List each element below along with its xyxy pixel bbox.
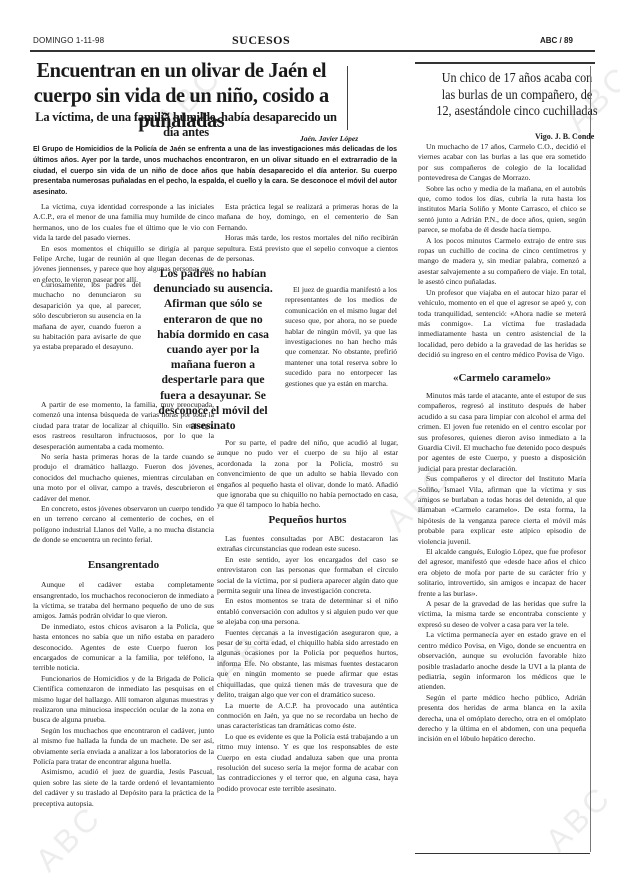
main-col2-top: Esta práctica legal se realizará a prime… — [217, 202, 398, 272]
paragraph: En estos momentos se trata de determinar… — [217, 596, 398, 627]
section-title: SUCESOS — [232, 33, 290, 48]
paragraph: Curiosamente, los padres del muchacho no… — [33, 280, 141, 353]
paragraph: Esta práctica legal se realizará a prime… — [217, 202, 398, 233]
paragraph: A pesar de la gravedad de las heridas qu… — [418, 599, 586, 630]
main-col2-narrow: El juez de guardia manifestó a los repre… — [285, 285, 397, 389]
paragraph: Según el parte médico hecho público, Adr… — [418, 693, 586, 745]
subhead-ensangrentado: Ensangrentado — [33, 560, 214, 570]
watermark: ABC — [538, 778, 619, 859]
side-headline: Un chico de 17 años acaba con las burlas… — [436, 70, 598, 120]
main-byline: Jaén. Javier López — [300, 134, 358, 143]
paragraph: El juez de guardia manifestó a los repre… — [285, 285, 397, 389]
main-col2-bottom: Las fuentes consultadas por ABC destacar… — [217, 534, 398, 794]
sidebar-bottom-rule — [415, 853, 590, 854]
pull-quote: Los padres no habían denunciado su ausen… — [152, 266, 274, 433]
side-byline: Vigo. J. B. Conde — [535, 132, 594, 141]
paragraph: La víctima, cuya identidad corresponde a… — [33, 202, 214, 244]
paragraph: Por su parte, el padre del niño, que acu… — [217, 438, 398, 511]
paragraph: El alcalde cangués, Eulogio López, que f… — [418, 547, 586, 599]
header-rule — [30, 50, 595, 52]
paragraph: Según los muchachos que encontraron el c… — [33, 726, 214, 768]
paragraph: En concreto, estos jóvenes observaron un… — [33, 504, 214, 546]
paragraph: Sus compañeros y el director del Institu… — [418, 474, 586, 547]
paragraph: De inmediato, estos chicos avisaron a la… — [33, 622, 214, 674]
main-col2-mid: Por su parte, el padre del niño, que acu… — [217, 438, 398, 513]
column-rule — [347, 66, 348, 130]
paragraph: La víctima permanecía ayer en estado gra… — [418, 630, 586, 692]
main-deck: La víctima, de una familia humilde, habí… — [30, 110, 342, 140]
subhead-pequenos-hurtos: Pequeños hurtos — [217, 514, 398, 526]
paragraph: Asimismo, acudió el juez de guardia, Jes… — [33, 767, 214, 809]
page-number: ABC / 89 — [540, 36, 573, 45]
paragraph: Un profesor que viajaba en el autocar hi… — [418, 288, 586, 361]
side-subhead: «Carmelo caramelo» — [418, 373, 586, 383]
paragraph: Funcionarios de Homicidios y de la Briga… — [33, 674, 214, 726]
paragraph: A los pocos minutos Carmelo extrajo de e… — [418, 236, 586, 288]
paragraph: Fuentes cercanas a la investigación aseg… — [217, 628, 398, 701]
main-lead: El Grupo de Homicidios de la Policía de … — [33, 145, 397, 199]
paragraph: Las fuentes consultadas por ABC destacar… — [217, 534, 398, 555]
paragraph: Sobre las ocho y media de la mañana, en … — [418, 184, 586, 236]
watermark: ABC — [28, 798, 109, 877]
page-date: DOMINGO 1-11-98 — [33, 36, 104, 45]
paragraph: Lo que es evidente es que la Policía est… — [217, 732, 398, 794]
paragraph: Un muchacho de 17 años, Carmelo C.O., de… — [418, 142, 586, 184]
main-col1-cont: A partir de ese momento, la familia, muy… — [33, 400, 214, 809]
main-col1-narrow: Curiosamente, los padres del muchacho no… — [33, 280, 141, 353]
paragraph: En este sentido, ayer los encargados del… — [217, 555, 398, 597]
side-body: Un muchacho de 17 años, Carmelo C.O., de… — [418, 142, 586, 745]
paragraph: Aunque el cadáver estaba completamente e… — [33, 580, 214, 622]
paragraph: La muerte de A.C.P. ha provocado una aut… — [217, 701, 398, 732]
paragraph: Minutos más tarde el atacante, ante el e… — [418, 391, 586, 474]
paragraph: No sería hasta primeras horas de la tard… — [33, 452, 214, 504]
sidebar-right-rule — [590, 66, 591, 852]
paragraph: Horas más tarde, los restos mortales del… — [217, 233, 398, 264]
sidebar-top-rule — [415, 62, 595, 64]
